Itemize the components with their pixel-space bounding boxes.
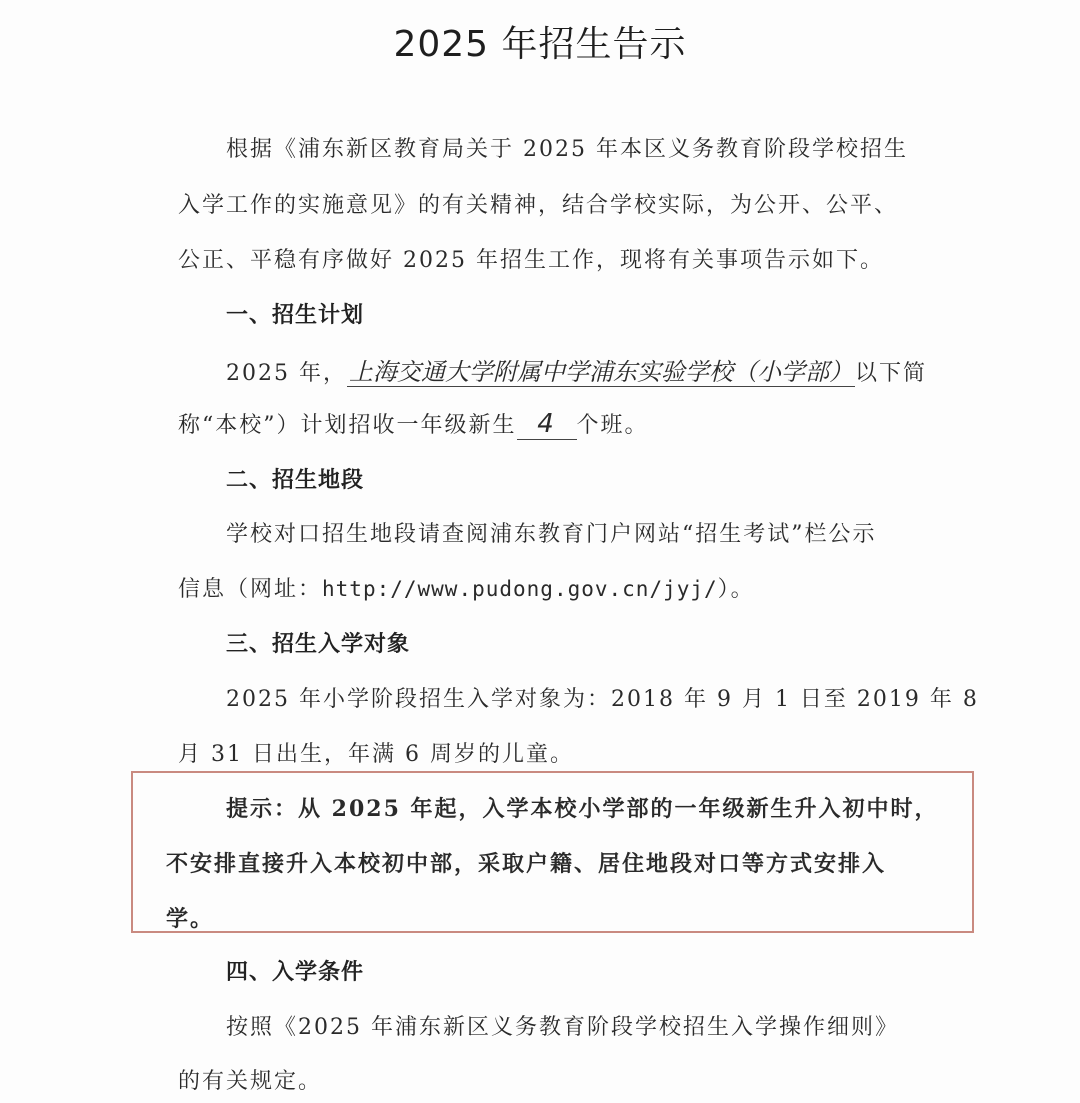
handwritten-class-count: 4 <box>517 409 577 440</box>
section-3-line-1: 2025 年小学阶段招生入学对象为：2018 年 9 月 1 日至 2019 年… <box>226 682 979 713</box>
document-title: 2025 年招生告示 <box>0 16 1080 67</box>
section-4-line-1: 按照《2025 年浦东新区义务教育阶段学校招生入学操作细则》 <box>226 1010 899 1041</box>
website-url[interactable]: http://www.pudong.gov.cn/jyj/ <box>322 577 718 601</box>
intro-line-3: 公正、平稳有序做好 2025 年招生工作，现将有关事项告示如下。 <box>178 243 884 274</box>
handwritten-school-name: 上海交通大学附属中学浦东实验学校（小学部） <box>347 358 855 387</box>
class-count-suffix: 个班。 <box>577 413 649 438</box>
section-3-line-2: 月 31 日出生，年满 6 周岁的儿童。 <box>178 737 574 768</box>
notice-line-3: 学。 <box>166 902 214 933</box>
section-2-line-1: 学校对口招生地段请查阅浦东教育门户网站“招生考试”栏公示 <box>226 517 877 548</box>
line-suffix: 以下简 <box>855 361 927 386</box>
intro-line-2: 入学工作的实施意见》的有关精神，结合学校实际，为公开、公平、 <box>178 188 898 219</box>
class-count-prefix: 称“本校”）计划招收一年级新生 <box>178 413 517 438</box>
url-prefix: 信息（网址： <box>178 577 322 602</box>
section-1-line-2: 称“本校”）计划招收一年级新生4个班。 <box>178 408 649 440</box>
year-prefix: 2025 年， <box>226 361 347 386</box>
section-2-line-2: 信息（网址：http://www.pudong.gov.cn/jyj/）。 <box>178 572 755 603</box>
notice-line-2: 不安排直接升入本校初中部，采取户籍、居住地段对口等方式安排入 <box>166 847 886 878</box>
intro-line-1: 根据《浦东新区教育局关于 2025 年本区义务教育阶段学校招生 <box>226 132 908 163</box>
section-1-line-1: 2025 年，上海交通大学附属中学浦东实验学校（小学部）以下简 <box>226 352 927 387</box>
url-suffix: ）。 <box>718 577 755 602</box>
section-heading-enrollment-plan: 一、招生计划 <box>226 298 364 329</box>
notice-line-1: 提示：从 2025 年起，入学本校小学部的一年级新生升入初中时， <box>226 792 939 823</box>
section-heading-eligible-students: 三、招生入学对象 <box>226 627 410 658</box>
section-heading-enrollment-zone: 二、招生地段 <box>226 463 364 494</box>
section-4-line-2: 的有关规定。 <box>178 1064 322 1095</box>
section-heading-admission-conditions: 四、入学条件 <box>226 955 364 986</box>
